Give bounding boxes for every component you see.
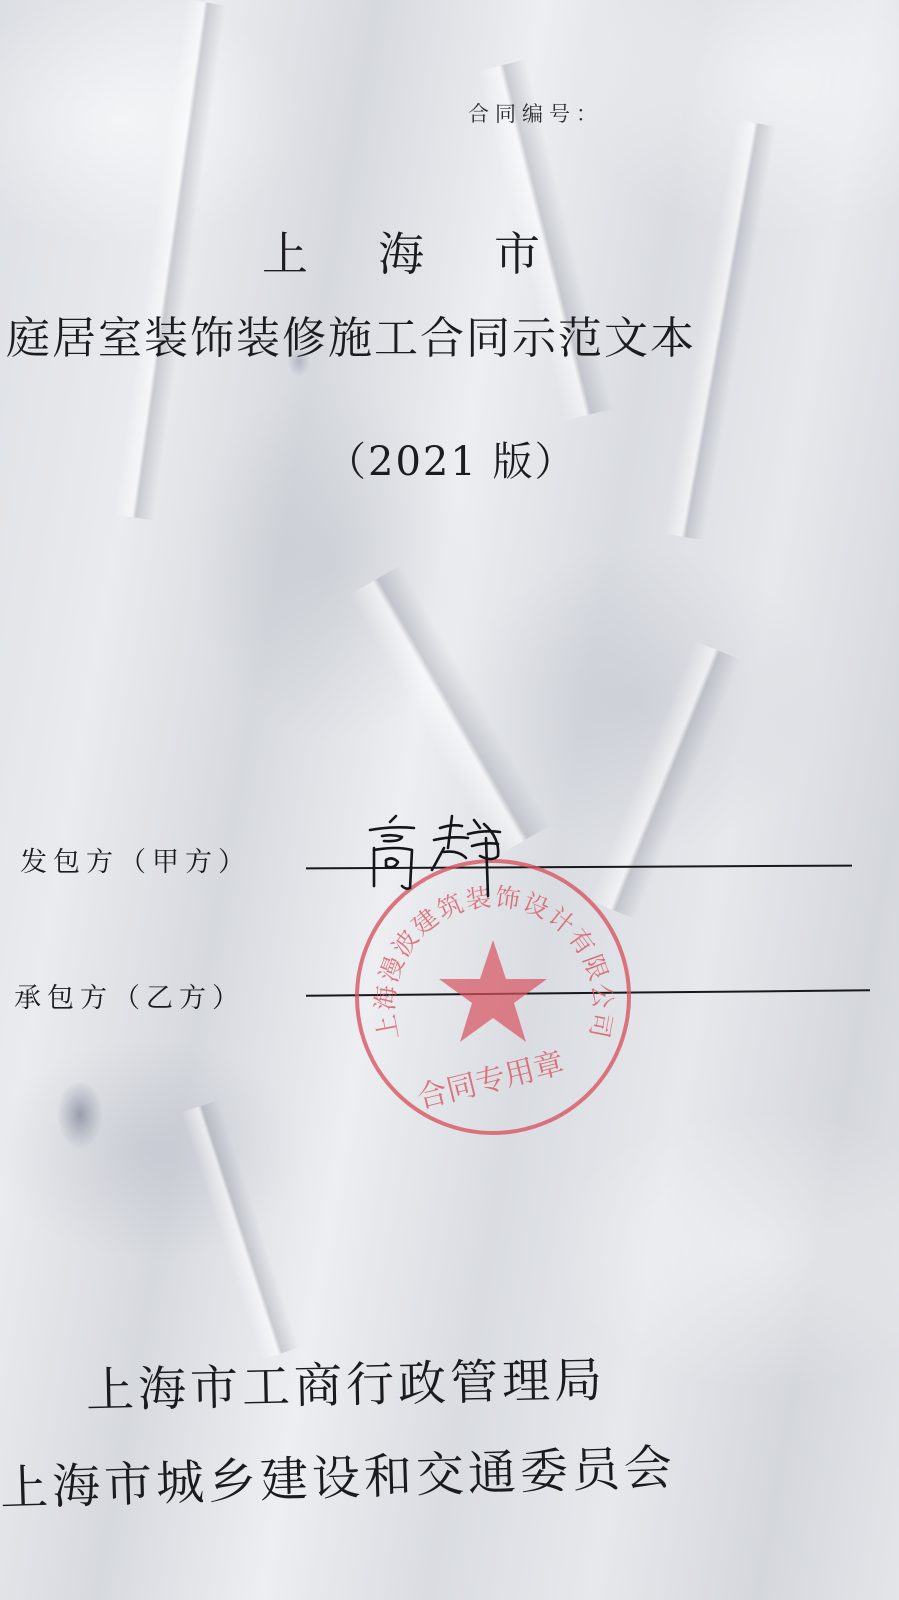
city-title-char: 上	[262, 218, 308, 284]
city-title: 上海市	[262, 218, 540, 284]
issuer-2: 上海市城乡建设和交通委员会	[0, 1429, 677, 1519]
ink-smudge	[58, 1082, 102, 1148]
document-title: 庭居室装饰装修施工合同示范文本	[6, 302, 696, 366]
city-title-char: 海	[378, 218, 424, 284]
city-title-char: 市	[494, 218, 540, 284]
contract-number-label: 合同编号：	[468, 98, 603, 128]
stamp-purpose: 合同专用章	[414, 1046, 568, 1116]
edition-label: （2021 版）	[326, 430, 577, 487]
party-a-label: 发包方（甲方）	[20, 840, 251, 879]
star-icon	[439, 940, 547, 1042]
paper-crease	[181, 1100, 299, 1360]
paper-crease	[114, 0, 226, 520]
party-a-handwritten-signature	[362, 808, 542, 898]
issuer-1: 上海市工商行政管理局	[85, 1341, 606, 1421]
party-b-label: 承包方（乙方）	[14, 976, 245, 1015]
